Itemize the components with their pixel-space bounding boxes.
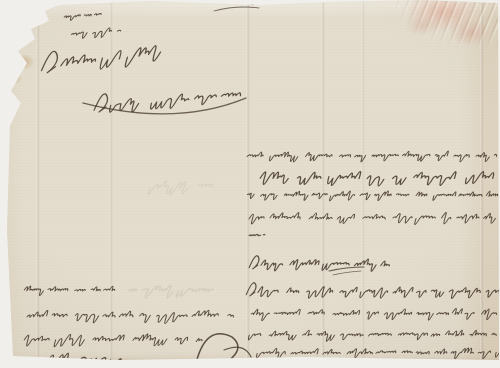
body-right-line-2	[258, 172, 494, 186]
bottom-left-line-4	[31, 353, 123, 368]
header-line-2	[70, 28, 121, 38]
bottom-left-line-3	[23, 334, 204, 347]
date-underline-1	[329, 267, 364, 271]
header-line-1	[63, 13, 101, 20]
body-right-line-5	[245, 283, 500, 299]
show-through-writing-1	[126, 285, 215, 298]
show-through-writing-2	[147, 181, 214, 195]
body-right-line-6	[250, 309, 499, 321]
header-line-3	[41, 46, 162, 73]
top-pen-mark-tick	[246, 4, 253, 5]
body-right-line-4	[248, 213, 497, 225]
bottom-flourish-capital	[196, 334, 238, 364]
body-right-line-8	[256, 348, 500, 359]
date-line	[248, 256, 392, 271]
bottom-left-line-1	[23, 286, 116, 295]
handwriting-layer	[0, 0, 500, 368]
date-underline-2	[333, 271, 361, 275]
body-right-line-1	[246, 151, 498, 162]
word-an	[249, 234, 265, 236]
addressee-flourish-line	[94, 93, 242, 112]
body-right-line-7	[248, 330, 498, 341]
top-pen-mark	[214, 7, 259, 11]
paper-sheet	[0, 0, 500, 368]
photo-of-handwritten-document	[0, 0, 500, 368]
body-right-line-3	[246, 191, 499, 201]
bottom-left-line-2	[25, 310, 235, 323]
